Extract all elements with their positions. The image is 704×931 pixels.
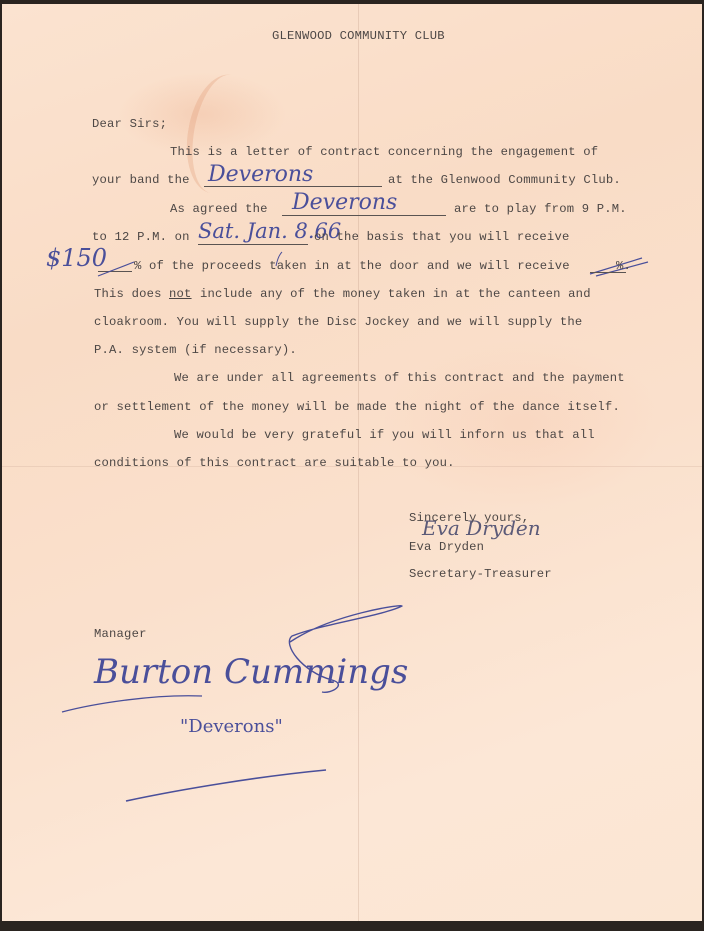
signature-flourish [2, 4, 704, 931]
letter-page: GLENWOOD COMMUNITY CLUB Dear Sirs; This … [2, 4, 702, 921]
manager-band-handwritten: "Deverons" [180, 716, 283, 737]
